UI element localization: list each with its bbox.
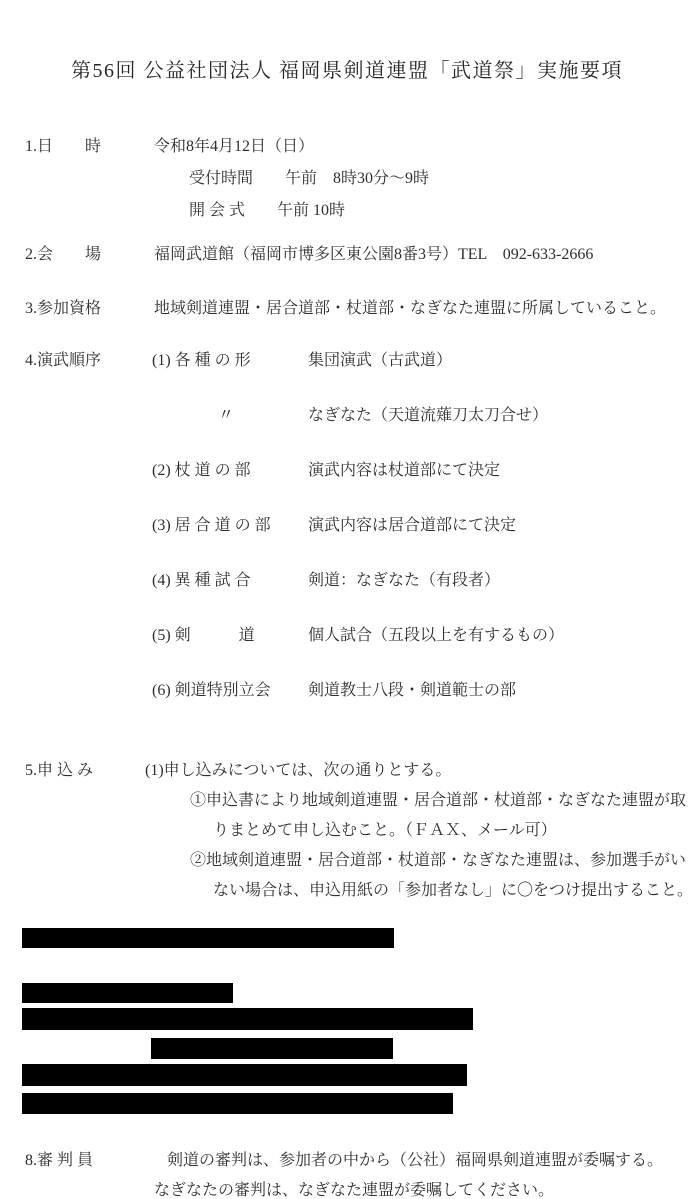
referee-line-1: 剣道の審判は、参加者の中から（公社）福岡県剣道連盟が委嘱する。 — [167, 1152, 663, 1170]
document-title: 第56回 公益社団法人 福岡県剣道連盟「武道祭」実施要項 — [0, 58, 694, 84]
application-line-1: ①申込書により地域剣道連盟・居合道部・杖道部・なぎなた連盟が取 — [190, 792, 686, 810]
redaction-bar — [22, 983, 233, 1003]
program-item-desc: 演武内容は居合道部にて決定 — [308, 517, 516, 535]
document-page: 第56回 公益社団法人 福岡県剣道連盟「武道祭」実施要項 1.日 時 令和8年4… — [0, 0, 694, 1199]
application-line-2: りまとめて申し込むこと。（ＦＡＸ、メール可） — [213, 822, 557, 840]
section-4-label: 4.演武順序 — [25, 352, 101, 370]
venue-value: 福岡武道館（福岡市博多区東公園8番3号）TEL 092-633-2666 — [154, 246, 593, 264]
section-1-label: 1.日 時 — [25, 138, 101, 156]
program-item-name: (2) 杖 道 の 部 — [152, 462, 251, 480]
section-5-label: 5.申 込 み — [25, 762, 93, 780]
program-item-desc: 個人試合（五段以上を有するもの） — [308, 627, 564, 645]
section-2-label: 2.会 場 — [25, 246, 101, 264]
program-item-name: (5) 剣 道 — [152, 627, 255, 645]
section-3-label: 3.参加資格 — [25, 300, 101, 318]
section-8-label: 8.審 判 員 — [25, 1152, 93, 1170]
event-date: 令和8年4月12日（日） — [154, 138, 314, 156]
program-item-name: (6) 剣道特別立会 — [152, 682, 271, 700]
referee-line-2: なぎなたの審判は、なぎなた連盟が委嘱してください。 — [154, 1182, 554, 1199]
program-item-desc: 演武内容は杖道部にて決定 — [308, 462, 500, 480]
opening-ceremony-time: 開 会 式 午前 10時 — [189, 202, 345, 220]
program-item-desc: 集団演武（古武道） — [308, 352, 452, 370]
program-item-ditto-mark: 〃 — [218, 407, 234, 425]
program-item-desc: 剣道教士八段・剣道範士の部 — [308, 682, 516, 700]
redaction-bar — [22, 928, 394, 948]
application-line-4: ない場合は、申込用紙の「参加者なし」に〇をつけ提出すること。 — [213, 882, 693, 900]
redaction-bar — [22, 1093, 453, 1114]
program-item-name: (3) 居 合 道 の 部 — [152, 517, 271, 535]
redaction-bar — [22, 1008, 473, 1030]
redaction-bar — [151, 1038, 393, 1059]
program-item-desc: なぎなた（天道流薙刀太刀合せ） — [308, 407, 548, 425]
redaction-bar — [22, 1064, 467, 1086]
program-item-desc: 剣道：なぎなた（有段者） — [308, 572, 500, 590]
reception-time: 受付時間 午前 8時30分～9時 — [189, 170, 429, 188]
program-item-name: (1) 各 種 の 形 — [152, 352, 251, 370]
application-line-3: ②地域剣道連盟・居合道部・杖道部・なぎなた連盟は、参加選手がい — [190, 852, 686, 870]
eligibility-value: 地域剣道連盟・居合道部・杖道部・なぎなた連盟に所属していること。 — [154, 300, 666, 318]
application-intro: (1)申し込みについては、次の通りとする。 — [145, 762, 451, 780]
program-item-name: (4) 異 種 試 合 — [152, 572, 251, 590]
